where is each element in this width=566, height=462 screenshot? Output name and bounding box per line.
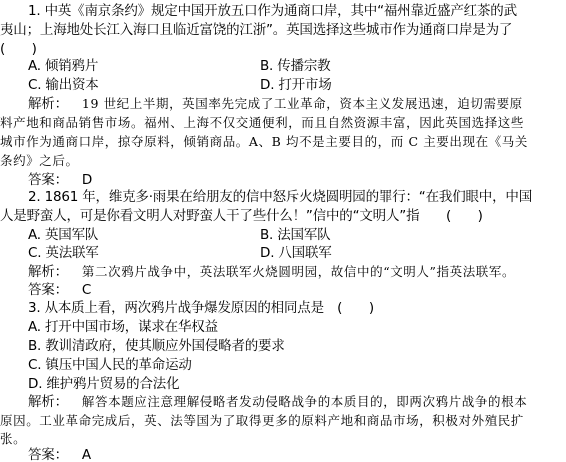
answer-label: 答案： [28,447,68,462]
question-stem-line: 2. 1861 年，维克多·雨果在给朋友的信中怒斥火烧圆明园的罪行：“在我们眼中… [28,188,532,206]
answer: 答案：D [28,171,92,189]
analysis-label: 解析： [28,96,68,112]
option-c: C. 英法联军 [28,244,99,262]
analysis-label: 解析： [28,394,68,410]
option-d: D. 打开市场 [260,76,332,94]
analysis-text: 解答本题应注意理解侵略者发动侵略战争的本质目的，即两次鸦片战争的根本 [82,394,527,409]
answer-value: C [82,282,91,298]
option-a: A. 倾销鸦片 [28,57,98,75]
analysis-label: 解析： [28,264,68,280]
analysis-text: 19 世纪上半期，英国率先完成了工业革命，资本主义发展迅速，迫切需要原 [82,96,523,111]
answer: 答案：A [28,446,91,462]
analysis-text: 张。 [0,430,26,448]
option-b: B. 教训清政府，使其顺应外国侵略者的要求 [28,337,285,355]
option-b: B. 法国军队 [260,226,330,244]
answer-value: A [82,447,91,462]
analysis: 解析：解答本题应注意理解侵略者发动侵略战争的本质目的，即两次鸦片战争的根本 [28,393,527,411]
analysis: 解析：19 世纪上半期，英国率先完成了工业革命，资本主义发展迅速，迫切需要原 [28,95,523,113]
analysis-text: 料产地和商品销售市场。福州、上海不仅交通便利，而且自然资源丰富，因此英国选择这些 [0,114,524,132]
question-stem-line: 夷山；上海地处长江入海口且临近富饶的江浙”。英国选择这些城市作为通商口岸是为了 [0,21,512,39]
option-c: C. 镇压中国人民的革命运动 [28,356,192,374]
option-d: D. 八国联军 [260,244,332,262]
option-c: C. 输出资本 [28,76,99,94]
analysis-text: 城市作为通商口岸，掠夺原料，倾销商品。A、B 均不是主要目的，而 C 主要出现在… [0,133,528,151]
question-stem-line: 人是野蛮人，可是你看文明人对野蛮人干了些什么！”信中的“文明人”指 ( ) [0,207,483,225]
option-d: D. 维护鸦片贸易的合法化 [28,375,179,393]
answer-label: 答案： [28,172,68,188]
answer-value: D [82,172,92,188]
analysis-text: 原因。工业革命完成后，英、法等国为了取得更多的原料产地和商品市场，积极对外殖民扩 [0,412,524,430]
option-a: A. 打开中国市场，谋求在华权益 [28,318,218,336]
analysis: 解析：第二次鸦片战争中，英法联军火烧圆明园，故信中的“文明人”指英法联军。 [28,263,515,281]
answer-blank: ( ) [0,40,37,58]
question-stem-line: 3. 从本质上看，两次鸦片战争爆发原因的相同点是 ( ) [28,299,374,317]
answer: 答案：C [28,281,91,299]
answer-label: 答案： [28,282,68,298]
analysis-text: 条约》之后。 [0,152,79,170]
option-a: A. 英国军队 [28,226,98,244]
option-b: B. 传播宗教 [260,57,330,75]
analysis-text: 第二次鸦片战争中，英法联军火烧圆明园，故信中的“文明人”指英法联军。 [82,264,515,279]
question-stem-line: 1. 中英《南京条约》规定中国开放五口作为通商口岸，其中“福州靠近盛产红茶的武 [28,2,517,20]
